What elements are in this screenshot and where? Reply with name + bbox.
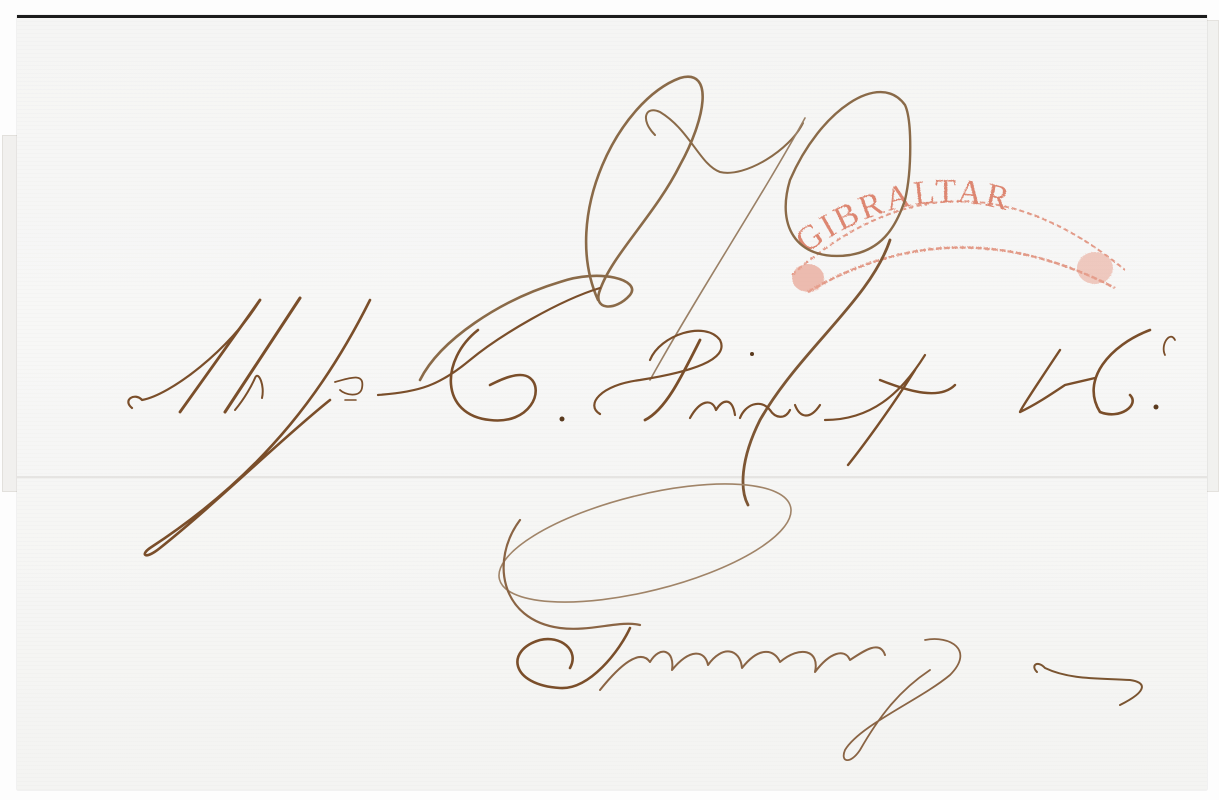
fold-crease	[17, 476, 1207, 479]
letter-sheet	[17, 15, 1207, 790]
letter-scan: 2/9 GIBRALTAR Messrs. C. Priaulx & Co. G…	[0, 0, 1219, 800]
